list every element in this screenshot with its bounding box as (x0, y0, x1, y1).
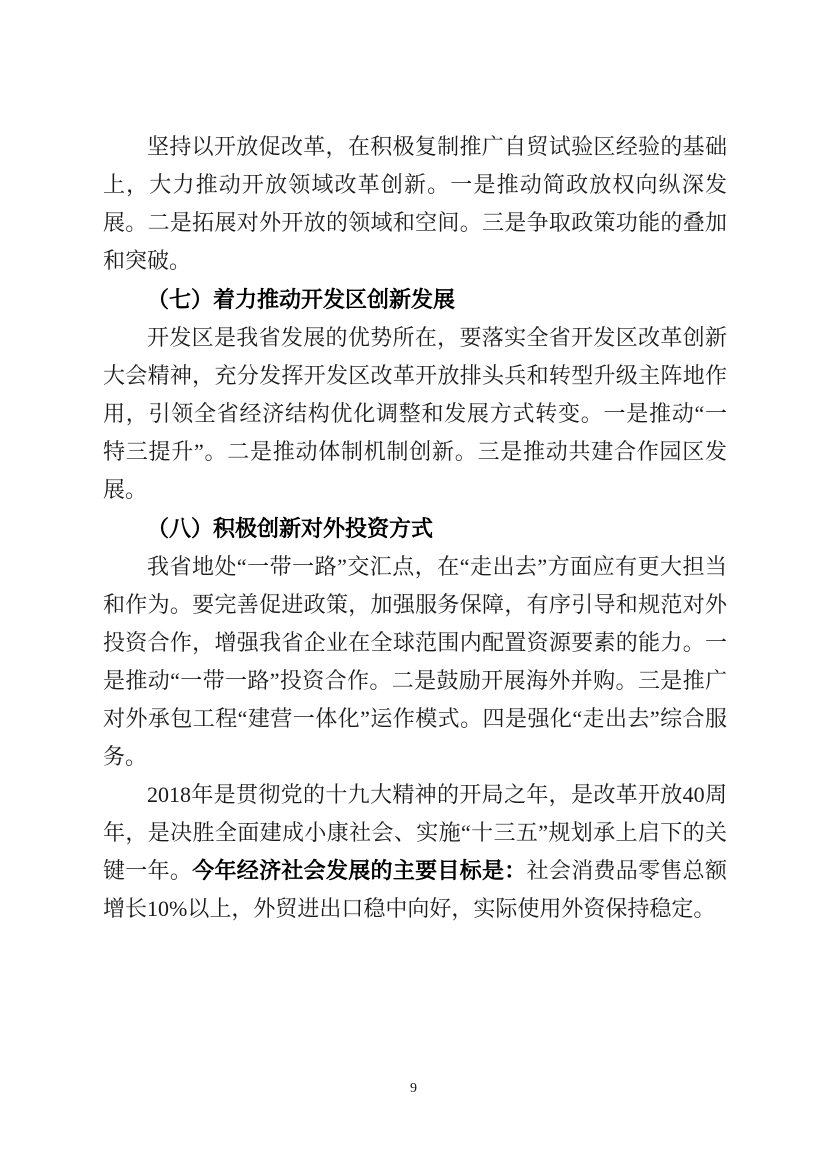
paragraph-section-7: 开发区是我省发展的优势所在，要落实全省开发区改革创新大会精神，充分发挥开发区改革… (103, 319, 727, 509)
paragraph-opening: 坚持以开放促改革，在积极复制推广自贸试验区经验的基础上，大力推动开放领域改革创新… (103, 128, 727, 280)
page-number: 9 (410, 1081, 417, 1096)
paragraph-closing: 2018年是贯彻党的十九大精神的开局之年，是改革开放40周年，是决胜全面建成小康… (103, 776, 727, 928)
paragraph-section-8: 我省地处“一带一路”交汇点，在“走出去”方面应有更大担当和作为。要完善促进政策，… (103, 548, 727, 776)
heading-section-7: （七）着力推动开发区创新发展 (103, 280, 727, 319)
closing-text-bold-goal: 今年经济社会发展的主要目标是： (192, 858, 526, 883)
document-body: 坚持以开放促改革，在积极复制推广自贸试验区经验的基础上，大力推动开放领域改革创新… (103, 128, 727, 928)
page-footer: 9 (0, 1079, 827, 1099)
document-page: 坚持以开放促改革，在积极复制推广自贸试验区经验的基础上，大力推动开放领域改革创新… (0, 0, 827, 1169)
heading-section-8: （八）积极创新对外投资方式 (103, 509, 727, 548)
